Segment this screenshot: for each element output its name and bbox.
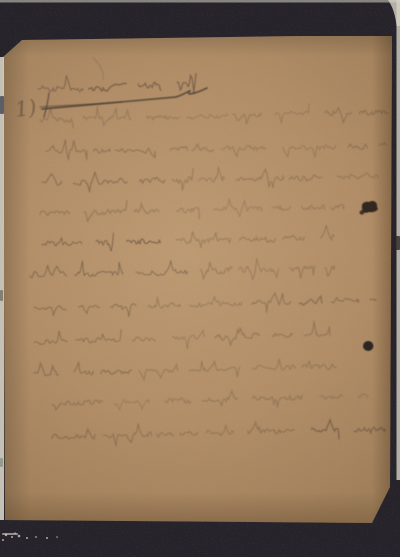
right-edge-smudge bbox=[396, 236, 400, 250]
mount-speckle-dot bbox=[18, 535, 21, 538]
scan-edge-strip-left bbox=[0, 57, 4, 520]
mount-speckle-dot bbox=[26, 537, 28, 539]
left-edge-green-dash bbox=[0, 458, 3, 467]
ink-blot-round bbox=[363, 341, 373, 351]
mount-speckle-dot bbox=[46, 537, 48, 539]
mount-speckle-dot bbox=[35, 536, 37, 538]
mount-speckle-dot bbox=[56, 536, 58, 538]
paper-sheet bbox=[0, 30, 400, 530]
ink-blot-large bbox=[362, 201, 378, 213]
paper-top-edge-shadow bbox=[0, 30, 400, 530]
handwritten-list-marker: 1) bbox=[13, 95, 38, 122]
mount-speckle-dot bbox=[5, 534, 7, 536]
left-edge-dash bbox=[0, 290, 3, 301]
mount-speckle-dot bbox=[11, 536, 13, 538]
mount-speckle-dot bbox=[14, 532, 16, 534]
scan-canvas: 1) bbox=[0, 0, 400, 557]
scanned-document: 1) bbox=[0, 0, 400, 557]
mount-speckle-dot bbox=[2, 539, 4, 541]
ink-blot-dot bbox=[360, 210, 365, 214]
scan-edge-strip-top bbox=[0, 0, 400, 3]
left-edge-blue-mark bbox=[0, 96, 4, 114]
